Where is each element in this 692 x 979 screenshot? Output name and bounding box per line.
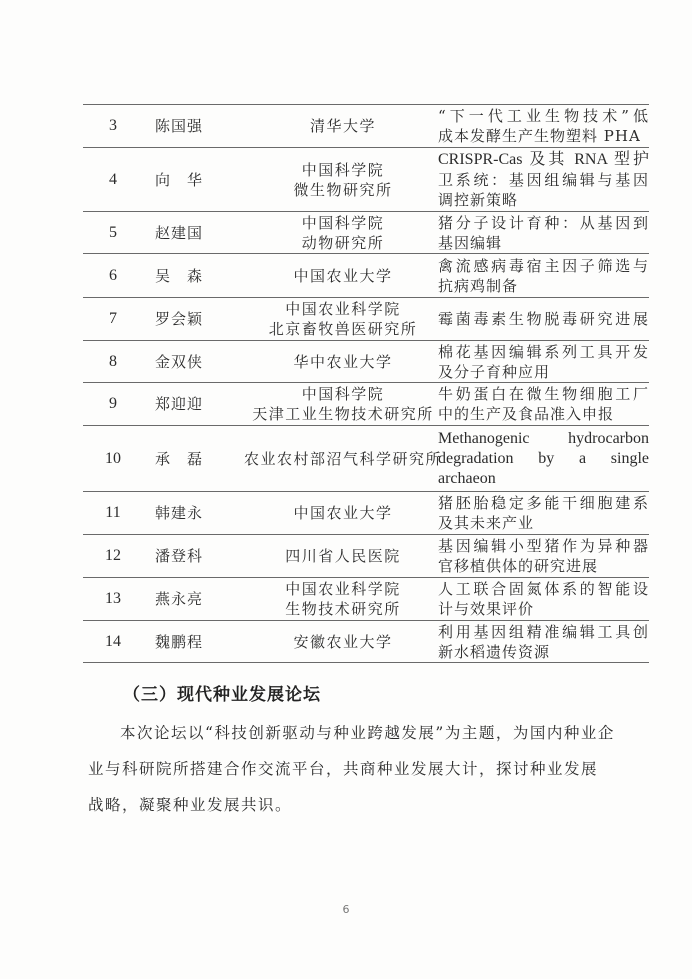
report-topic: 基因编辑小型猪作为异种器官移植供体的研究进展 <box>438 535 649 577</box>
row-number: 11 <box>83 492 143 534</box>
table-row: 4向 华中国科学院微生物研究所CRISPR-Cas 及其 RNA 型护卫系统：基… <box>83 147 649 211</box>
report-topic: 禽流感病毒宿主因子筛选与抗病鸡制备 <box>438 254 649 297</box>
topic-line: “下一代工业生物技术”低 <box>438 106 649 126</box>
organization-line: 中国科学院 <box>302 160 385 180</box>
organization: 中国科学院微生物研究所 <box>233 148 453 211</box>
report-topic: 猪分子设计育种：从基因到基因编辑 <box>438 212 649 253</box>
topic-line: 禽流感病毒宿主因子筛选与 <box>438 256 649 276</box>
document-page: 3陈国强清华大学“下一代工业生物技术”低成本发酵生产生物塑料 PHA4向 华中国… <box>0 0 692 979</box>
section-heading: （三）现代种业发展论坛 <box>123 680 321 705</box>
topic-line: 抗病鸡制备 <box>438 276 649 296</box>
paragraph-line: 本次论坛以“科技创新驱动与种业跨越发展”为主题，为国内种业企 <box>88 715 648 751</box>
speaker-name: 承 磊 <box>155 426 225 491</box>
section-paragraph: 本次论坛以“科技创新驱动与种业跨越发展”为主题，为国内种业企 业与科研院所搭建合… <box>88 715 648 823</box>
topic-line: 基因编辑小型猪作为异种器 <box>438 536 649 556</box>
report-topic: 牛奶蛋白在微生物细胞工厂中的生产及食品准入申报 <box>438 383 649 425</box>
row-number: 10 <box>83 426 143 491</box>
organization: 中国农业科学院生物技术研究所 <box>233 578 453 620</box>
topic-line: 卫系统：基因组编辑与基因 <box>438 170 649 190</box>
table-row: 5赵建国中国科学院动物研究所猪分子设计育种：从基因到基因编辑 <box>83 211 649 253</box>
topic-line: 霉菌毒素生物脱毒研究进展 <box>438 309 649 329</box>
table-row: 10承 磊农业农村部沼气科学研究所Methanogenic hydrocarbo… <box>83 425 649 491</box>
table-row: 3陈国强清华大学“下一代工业生物技术”低成本发酵生产生物塑料 PHA <box>83 104 649 147</box>
report-topic: 霉菌毒素生物脱毒研究进展 <box>438 298 649 340</box>
organization-line: 北京畜牧兽医研究所 <box>269 319 418 339</box>
speaker-name: 金双侠 <box>155 341 225 382</box>
organization-line: 农业农村部沼气科学研究所 <box>244 449 442 469</box>
row-number: 8 <box>83 341 143 382</box>
topic-line: 中的生产及食品准入申报 <box>438 404 649 424</box>
speaker-name: 吴 森 <box>155 254 225 297</box>
table-row: 13燕永亮中国农业科学院生物技术研究所人工联合固氮体系的智能设计与效果评价 <box>83 577 649 620</box>
row-number: 5 <box>83 212 143 253</box>
organization-line: 天津工业生物技术研究所 <box>252 404 434 424</box>
organization: 中国科学院动物研究所 <box>233 212 453 253</box>
report-topic: “下一代工业生物技术”低成本发酵生产生物塑料 PHA <box>438 105 649 147</box>
organization-line: 中国农业大学 <box>293 266 392 286</box>
row-number: 14 <box>83 621 143 662</box>
report-topic: 猪胚胎稳定多能干细胞建系及其未来产业 <box>438 492 649 534</box>
organization-line: 中国科学院 <box>302 213 385 233</box>
topic-line: archaeon <box>438 469 649 489</box>
topic-line: 猪胚胎稳定多能干细胞建系 <box>438 493 649 513</box>
organization-line: 华中农业大学 <box>293 352 392 372</box>
speaker-table: 3陈国强清华大学“下一代工业生物技术”低成本发酵生产生物塑料 PHA4向 华中国… <box>83 104 649 663</box>
table-row: 8金双侠华中农业大学棉花基因编辑系列工具开发及分子育种应用 <box>83 340 649 382</box>
speaker-name: 郑迎迎 <box>155 383 225 425</box>
organization-line: 四川省人民医院 <box>285 546 401 566</box>
table-row: 6吴 森中国农业大学禽流感病毒宿主因子筛选与抗病鸡制备 <box>83 253 649 297</box>
speaker-name: 潘登科 <box>155 535 225 577</box>
topic-line: 利用基因组精准编辑工具创 <box>438 622 649 642</box>
speaker-name: 韩建永 <box>155 492 225 534</box>
speaker-name: 燕永亮 <box>155 578 225 620</box>
report-topic: 利用基因组精准编辑工具创新水稻遗传资源 <box>438 621 649 662</box>
organization: 四川省人民医院 <box>233 535 453 577</box>
speaker-name: 陈国强 <box>155 105 225 147</box>
row-number: 12 <box>83 535 143 577</box>
report-topic: Methanogenic hydrocarbondegradation by a… <box>438 426 649 491</box>
topic-line: 人工联合固氮体系的智能设 <box>438 579 649 599</box>
report-topic: 棉花基因编辑系列工具开发及分子育种应用 <box>438 341 649 382</box>
organization-line: 生物技术研究所 <box>285 599 401 619</box>
organization: 安徽农业大学 <box>233 621 453 662</box>
report-topic: 人工联合固氮体系的智能设计与效果评价 <box>438 578 649 620</box>
organization-line: 中国农业科学院 <box>285 579 401 599</box>
speaker-name: 向 华 <box>155 148 225 211</box>
topic-line: 猪分子设计育种：从基因到 <box>438 213 649 233</box>
organization: 中国科学院天津工业生物技术研究所 <box>233 383 453 425</box>
organization-line: 微生物研究所 <box>293 180 392 200</box>
organization-line: 清华大学 <box>310 116 376 136</box>
organization: 中国农业科学院北京畜牧兽医研究所 <box>233 298 453 340</box>
row-number: 7 <box>83 298 143 340</box>
speaker-name: 魏鹏程 <box>155 621 225 662</box>
organization-line: 中国农业大学 <box>293 503 392 523</box>
row-number: 6 <box>83 254 143 297</box>
organization: 华中农业大学 <box>233 341 453 382</box>
topic-line: 基因编辑 <box>438 233 649 253</box>
table-row: 9郑迎迎中国科学院天津工业生物技术研究所牛奶蛋白在微生物细胞工厂中的生产及食品准… <box>83 382 649 425</box>
table-row: 7罗会颖中国农业科学院北京畜牧兽医研究所霉菌毒素生物脱毒研究进展 <box>83 297 649 340</box>
organization-line: 中国科学院 <box>302 384 385 404</box>
organization: 农业农村部沼气科学研究所 <box>233 426 453 491</box>
organization-line: 动物研究所 <box>302 233 385 253</box>
paragraph-line: 战略，凝聚种业发展共识。 <box>88 787 648 823</box>
page-number: 6 <box>0 903 692 916</box>
row-number: 4 <box>83 148 143 211</box>
organization-line: 中国农业科学院 <box>285 299 401 319</box>
organization: 中国农业大学 <box>233 254 453 297</box>
row-number: 9 <box>83 383 143 425</box>
table-row: 11韩建永中国农业大学猪胚胎稳定多能干细胞建系及其未来产业 <box>83 491 649 534</box>
topic-line: 牛奶蛋白在微生物细胞工厂 <box>438 384 649 404</box>
table-row: 12潘登科四川省人民医院基因编辑小型猪作为异种器官移植供体的研究进展 <box>83 534 649 577</box>
topic-line: degradation by a single <box>438 449 649 469</box>
topic-line: Methanogenic hydrocarbon <box>438 429 649 449</box>
topic-line: 成本发酵生产生物塑料 PHA <box>438 126 649 146</box>
topic-line: 及分子育种应用 <box>438 362 649 382</box>
topic-line: 新水稻遗传资源 <box>438 642 649 662</box>
topic-line: 及其未来产业 <box>438 513 649 533</box>
topic-line: CRISPR-Cas 及其 RNA 型护 <box>438 150 649 170</box>
organization-line: 安徽农业大学 <box>293 632 392 652</box>
organization: 清华大学 <box>233 105 453 147</box>
table-row: 14魏鹏程安徽农业大学利用基因组精准编辑工具创新水稻遗传资源 <box>83 620 649 663</box>
speaker-name: 罗会颖 <box>155 298 225 340</box>
row-number: 3 <box>83 105 143 147</box>
topic-line: 计与效果评价 <box>438 599 649 619</box>
organization: 中国农业大学 <box>233 492 453 534</box>
row-number: 13 <box>83 578 143 620</box>
topic-line: 调控新策略 <box>438 190 649 210</box>
paragraph-line: 业与科研院所搭建合作交流平台，共商种业发展大计，探讨种业发展 <box>88 751 648 787</box>
topic-line: 官移植供体的研究进展 <box>438 556 649 576</box>
report-topic: CRISPR-Cas 及其 RNA 型护卫系统：基因组编辑与基因调控新策略 <box>438 148 649 211</box>
topic-line: 棉花基因编辑系列工具开发 <box>438 342 649 362</box>
speaker-name: 赵建国 <box>155 212 225 253</box>
